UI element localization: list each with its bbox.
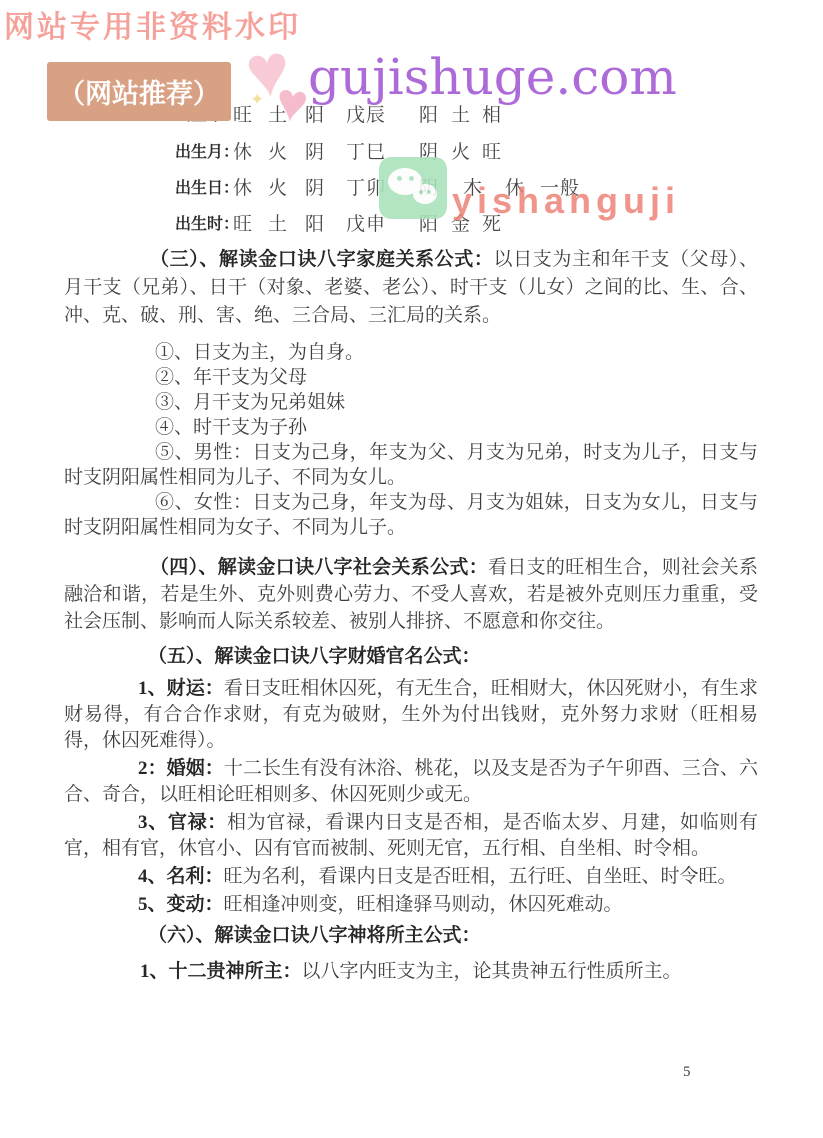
- section-4-paragraph: （四）、解读金口诀八字社会关系公式：看日支的旺相生合，则社会关系融洽和谐，若是生…: [64, 554, 758, 635]
- brand-watermark: yishanguji: [452, 180, 680, 222]
- top-watermark-text: 网站专用非资料水印: [4, 2, 301, 46]
- row-label: 出生月：: [175, 139, 239, 162]
- list-item: ⑤、男性：日支为己身，年支为父、月支为兄弟，时支为儿子，日支与时支阴阳属性相同为…: [64, 440, 758, 490]
- list-item: ④、时干支为子孙: [64, 415, 758, 440]
- site-recommend-badge: （网站推荐）: [47, 62, 231, 121]
- cell: 火: [268, 137, 288, 164]
- fortune-item-fame: 4、名利：旺为名利，看课内日支是否旺相，五行旺、自坐旺、时令旺。: [64, 864, 758, 890]
- cell: 休: [233, 173, 253, 200]
- list-item: ②、年干支为父母: [64, 365, 758, 390]
- family-relation-list: ①、日支为主，为自身。 ②、年干支为父母 ③、月干支为兄弟姐妹 ④、时干支为子孙…: [64, 340, 758, 540]
- section-3-paragraph: （三）、解读金口诀八字家庭关系公式：以日支为主和年干支（父母）、月干支（兄弟）、…: [64, 246, 758, 330]
- site-recommend-badge-label: （网站推荐）: [58, 72, 220, 111]
- cell: 阳: [305, 209, 325, 236]
- section-6-title: （六）、解读金口诀八字神将所主公式：: [64, 922, 758, 949]
- item-label: 5、变动：: [138, 894, 224, 915]
- cell: 火: [268, 173, 288, 200]
- deity-item: 1、十二贵神所主：以八字内旺支为主，论其贵神五行性质所主。: [64, 959, 758, 985]
- item-text: 旺相逢冲则变，旺相逢驿马则动，休囚死难动。: [224, 894, 623, 915]
- document-body: （三）、解读金口诀八字家庭关系公式：以日支为主和年干支（父母）、月干支（兄弟）、…: [64, 246, 758, 985]
- item-label: 1、十二贵神所主：: [140, 961, 302, 982]
- site-url-watermark: gujishuge.com: [308, 48, 677, 106]
- item-text: 旺为名利，看课内日支是否旺相，五行旺、自坐旺、时令旺。: [224, 866, 737, 887]
- cell: 旺: [233, 209, 253, 236]
- cell: 休: [233, 137, 253, 164]
- page-number: 5: [683, 1064, 691, 1081]
- row-label: 出生日：: [175, 175, 239, 198]
- wechat-bubble-small: [413, 184, 437, 204]
- fortune-item-wealth: 1、财运：看日支旺相休囚死，有无生合，旺相财大，休囚死财小，有生求财易得，有合合…: [64, 676, 758, 754]
- item-label: 1、财运：: [138, 678, 224, 699]
- row-label: 出生时：: [175, 211, 239, 234]
- item-label: 4、名利：: [138, 866, 224, 887]
- cell: 阴: [305, 173, 325, 200]
- list-item: ③、月干支为兄弟姐妹: [64, 390, 758, 415]
- item-label: 3、官禄：: [138, 812, 227, 833]
- cell: 丁巳: [346, 137, 386, 164]
- wechat-icon: [379, 157, 447, 219]
- fortune-item-change: 5、变动：旺相逢冲则变，旺相逢驿马则动，休囚死难动。: [64, 892, 758, 918]
- fortune-item-official: 3、官禄：相为官禄，看课内日支是否相，是否临太岁、月建，如临则有官，相有官，休官…: [64, 810, 758, 862]
- cell: 土: [268, 209, 288, 236]
- document-page: 网站专用非资料水印 （网站推荐） ♥ ♥ ✦ gujishuge.com yis…: [0, 0, 823, 1138]
- fortune-item-marriage: 2：婚姻：十二长生有没有沐浴、桃花，以及支是否为子午卯酉、三合、六合、奇合，以旺…: [64, 756, 758, 808]
- item-label: 2：婚姻：: [138, 758, 224, 779]
- cell: 旺: [482, 137, 502, 164]
- list-item: ①、日支为主，为自身。: [64, 340, 758, 365]
- sparkle-icon: ✦: [250, 90, 264, 110]
- section-5-title: （五）、解读金口诀八字财婚官名公式：: [64, 643, 758, 670]
- section-4-heading: （四）、解读金口诀八字社会关系公式：: [150, 557, 488, 578]
- list-item: ⑥、女性：日支为己身，年支为母、月支为姐妹，日支为女儿，日支与时支阴阳属性相同为…: [64, 490, 758, 540]
- item-text: 以八字内旺支为主，论其贵神五行性质所主。: [302, 961, 682, 982]
- cell: 阴: [305, 137, 325, 164]
- cell: 火: [451, 137, 471, 164]
- section-3-heading: （三）、解读金口诀八字家庭关系公式：: [150, 249, 494, 270]
